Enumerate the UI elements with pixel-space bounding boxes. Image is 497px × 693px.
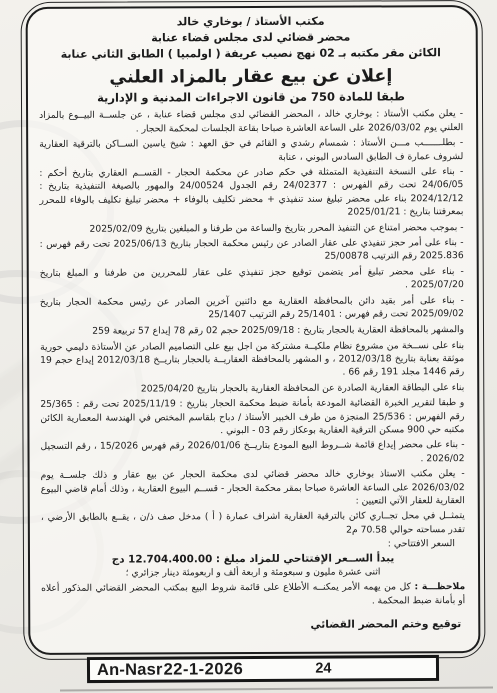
opening-price-line: يبدأ الســعر الإفتتاحي للمزاد مبلغ : 12.… xyxy=(41,552,465,566)
bailiff-title: محضر قضائي لدى مجلس قضاء عنابة xyxy=(39,29,463,47)
paragraph-coownership-project: بناء على نســخة من مشروع نظام ملكيــة مش… xyxy=(40,339,464,381)
paragraph-land-registry-publication: والمشهر بالمحافظة العقارية بالحجار بتاري… xyxy=(40,323,464,338)
price-currency: دج xyxy=(112,554,125,566)
paragraph-session-announcement: - يعلن مكتب الأستاذ : بوخاري خالد ، المح… xyxy=(39,107,463,135)
paragraph-property-card: بناء على البطاقة العقارية الصادرة عن الم… xyxy=(40,381,464,396)
newspaper-name: An-Nasr xyxy=(97,660,163,679)
paper-edge-line xyxy=(60,686,493,691)
note-paragraph: ملاحظـــة : كل من يهمه الأمر يمكنــه الأ… xyxy=(41,580,465,608)
paragraph-property-description: يتمثــل في محل تجــاري كائن بالترقية الع… xyxy=(41,510,465,538)
page-number: 24 xyxy=(315,661,331,677)
paragraph-creditor-registration: - بناء على أمر بقيد دائن بالمحافظة العقا… xyxy=(40,294,464,322)
price-in-words: اثنى عشرة مليون و سبعومئة و اربعة ألف و … xyxy=(41,566,465,579)
page-title: إعلان عن بيع عقار بالمزاد العلني xyxy=(39,66,463,88)
paragraph-sale-conditions-deposit: - بناء على محضر إيداع قائمة شــروط البيع… xyxy=(40,439,464,467)
legal-basis-line: طبقا للمادة 750 من قانون الاجراءات المدن… xyxy=(39,89,463,105)
paragraph-expert-report: و طبقا لتقرير الخبرة القضائية المودعة بأ… xyxy=(40,396,464,438)
announcement-frame: مكتب الأستاذ / بوخاري خالد محضر قضائي لد… xyxy=(26,5,481,655)
paragraph-refusal-report: - بموجب محضر امتناع عن التنفيذ المحرر بت… xyxy=(40,221,464,236)
newspaper-footer: An-Nasr 22-1-2026 24 xyxy=(87,655,439,683)
note-text: كل من يهمه الأمر يمكنــه الأطلاع على قائ… xyxy=(41,582,465,606)
paragraph-executory-copy: - بناء على النسخة التنفيذية المتمثلة في … xyxy=(39,165,463,220)
signature-line: توقيع وختم المحضر القضائي xyxy=(41,618,461,632)
office-address: الكائن مقر مكتبه بـ 02 نهج نصيب عريفة ( … xyxy=(39,45,463,63)
office-name: مكتب الأستاذ / بوخاري خالد xyxy=(39,13,463,31)
paragraph-seizure-notice: - بناء على محضر تبليغ أمر يتضمن توقيع حج… xyxy=(40,265,464,293)
price-amount: 12.704.400.00 xyxy=(128,554,212,566)
announcement-content: مكتب الأستاذ / بوخاري خالد محضر قضائي لد… xyxy=(39,13,466,649)
paragraph-sale-session: - يعلن مكتب الاستاذ بوخاري خالد محضر قضا… xyxy=(41,467,465,509)
note-label: ملاحظـــة : xyxy=(414,581,465,592)
issue-date: 22-1-2026 xyxy=(164,660,244,679)
price-prefix: يبدأ الســعر الإفتتاحي للمزاد مبلغ : xyxy=(216,553,394,566)
opening-price-label: السعر الافتتاحي : xyxy=(41,538,455,551)
paragraph-seizure-order: - بناء على أمر حجز تنفيذي على عقار الصاد… xyxy=(40,236,464,264)
paragraph-request: - بطلـــــــب مـــن الأستاذ : شمسام رشدي… xyxy=(39,136,463,164)
